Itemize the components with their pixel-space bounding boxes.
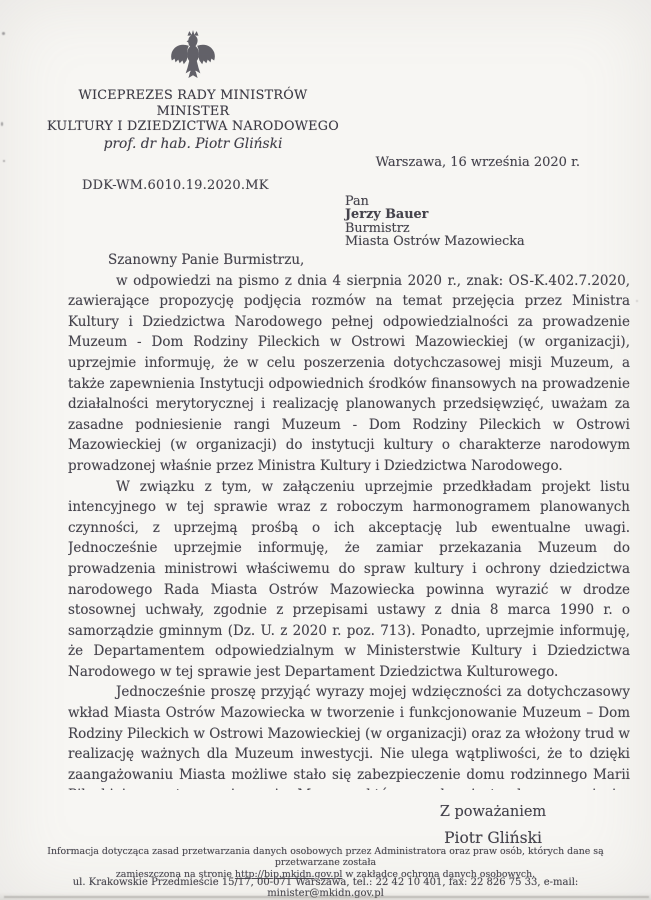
body-paragraph-3: Jednocześnie proszę przyjąć wyrazy mojej… [68,682,630,790]
scan-edge-line [4,896,649,898]
addressee-block: Pan Jerzy Bauer Burmistrz Miasta Ostrów … [345,195,525,249]
letterhead-signatory: prof. dr hab. Piotr Gliński [8,136,378,152]
letterhead-line-1: WICEPREZES RADY MINISTRÓW [8,88,378,104]
valediction: Z poważaniem [398,804,588,821]
scan-speck [636,300,638,302]
privacy-line-1: Informacja dotycząca zasad przetwarzania… [47,846,603,868]
greeting: Szanowny Panie Burmistrzu, [68,250,630,271]
addressee-prefix: Pan [345,195,525,208]
privacy-notice: Informacja dotycząca zasad przetwarzania… [28,846,623,880]
signature-name: Piotr Gliński [398,829,588,847]
body-paragraph-1: w odpowiedzi na pismo z dnia 4 sierpnia … [68,271,630,477]
addressee-organization: Miasta Ostrów Mazowiecka [345,235,525,248]
reference-number: DDK-WM.6010.19.2020.MK [82,178,269,193]
letterhead-line-2: MINISTER [8,104,378,120]
scanned-letter-page: WICEPREZES RADY MINISTRÓW MINISTER KULTU… [0,0,651,900]
dateline: Warszawa, 16 września 2020 r. [376,155,580,170]
scan-speck [1,122,3,126]
polish-eagle-emblem-icon [170,28,216,82]
closing-block: Z poważaniem Piotr Gliński [398,804,588,847]
scan-speck [3,160,5,162]
letterhead-line-3: KULTURY I DZIEDZICTWA NARODOWEGO [8,119,378,135]
body-paragraph-2: W związku z tym, w załączeniu uprzejmie … [68,477,630,683]
addressee-name: Jerzy Bauer [345,208,525,221]
letter-body: Szanowny Panie Burmistrzu, w odpowiedzi … [68,250,630,790]
scan-speck [2,32,5,35]
letterhead: WICEPREZES RADY MINISTRÓW MINISTER KULTU… [8,28,378,152]
